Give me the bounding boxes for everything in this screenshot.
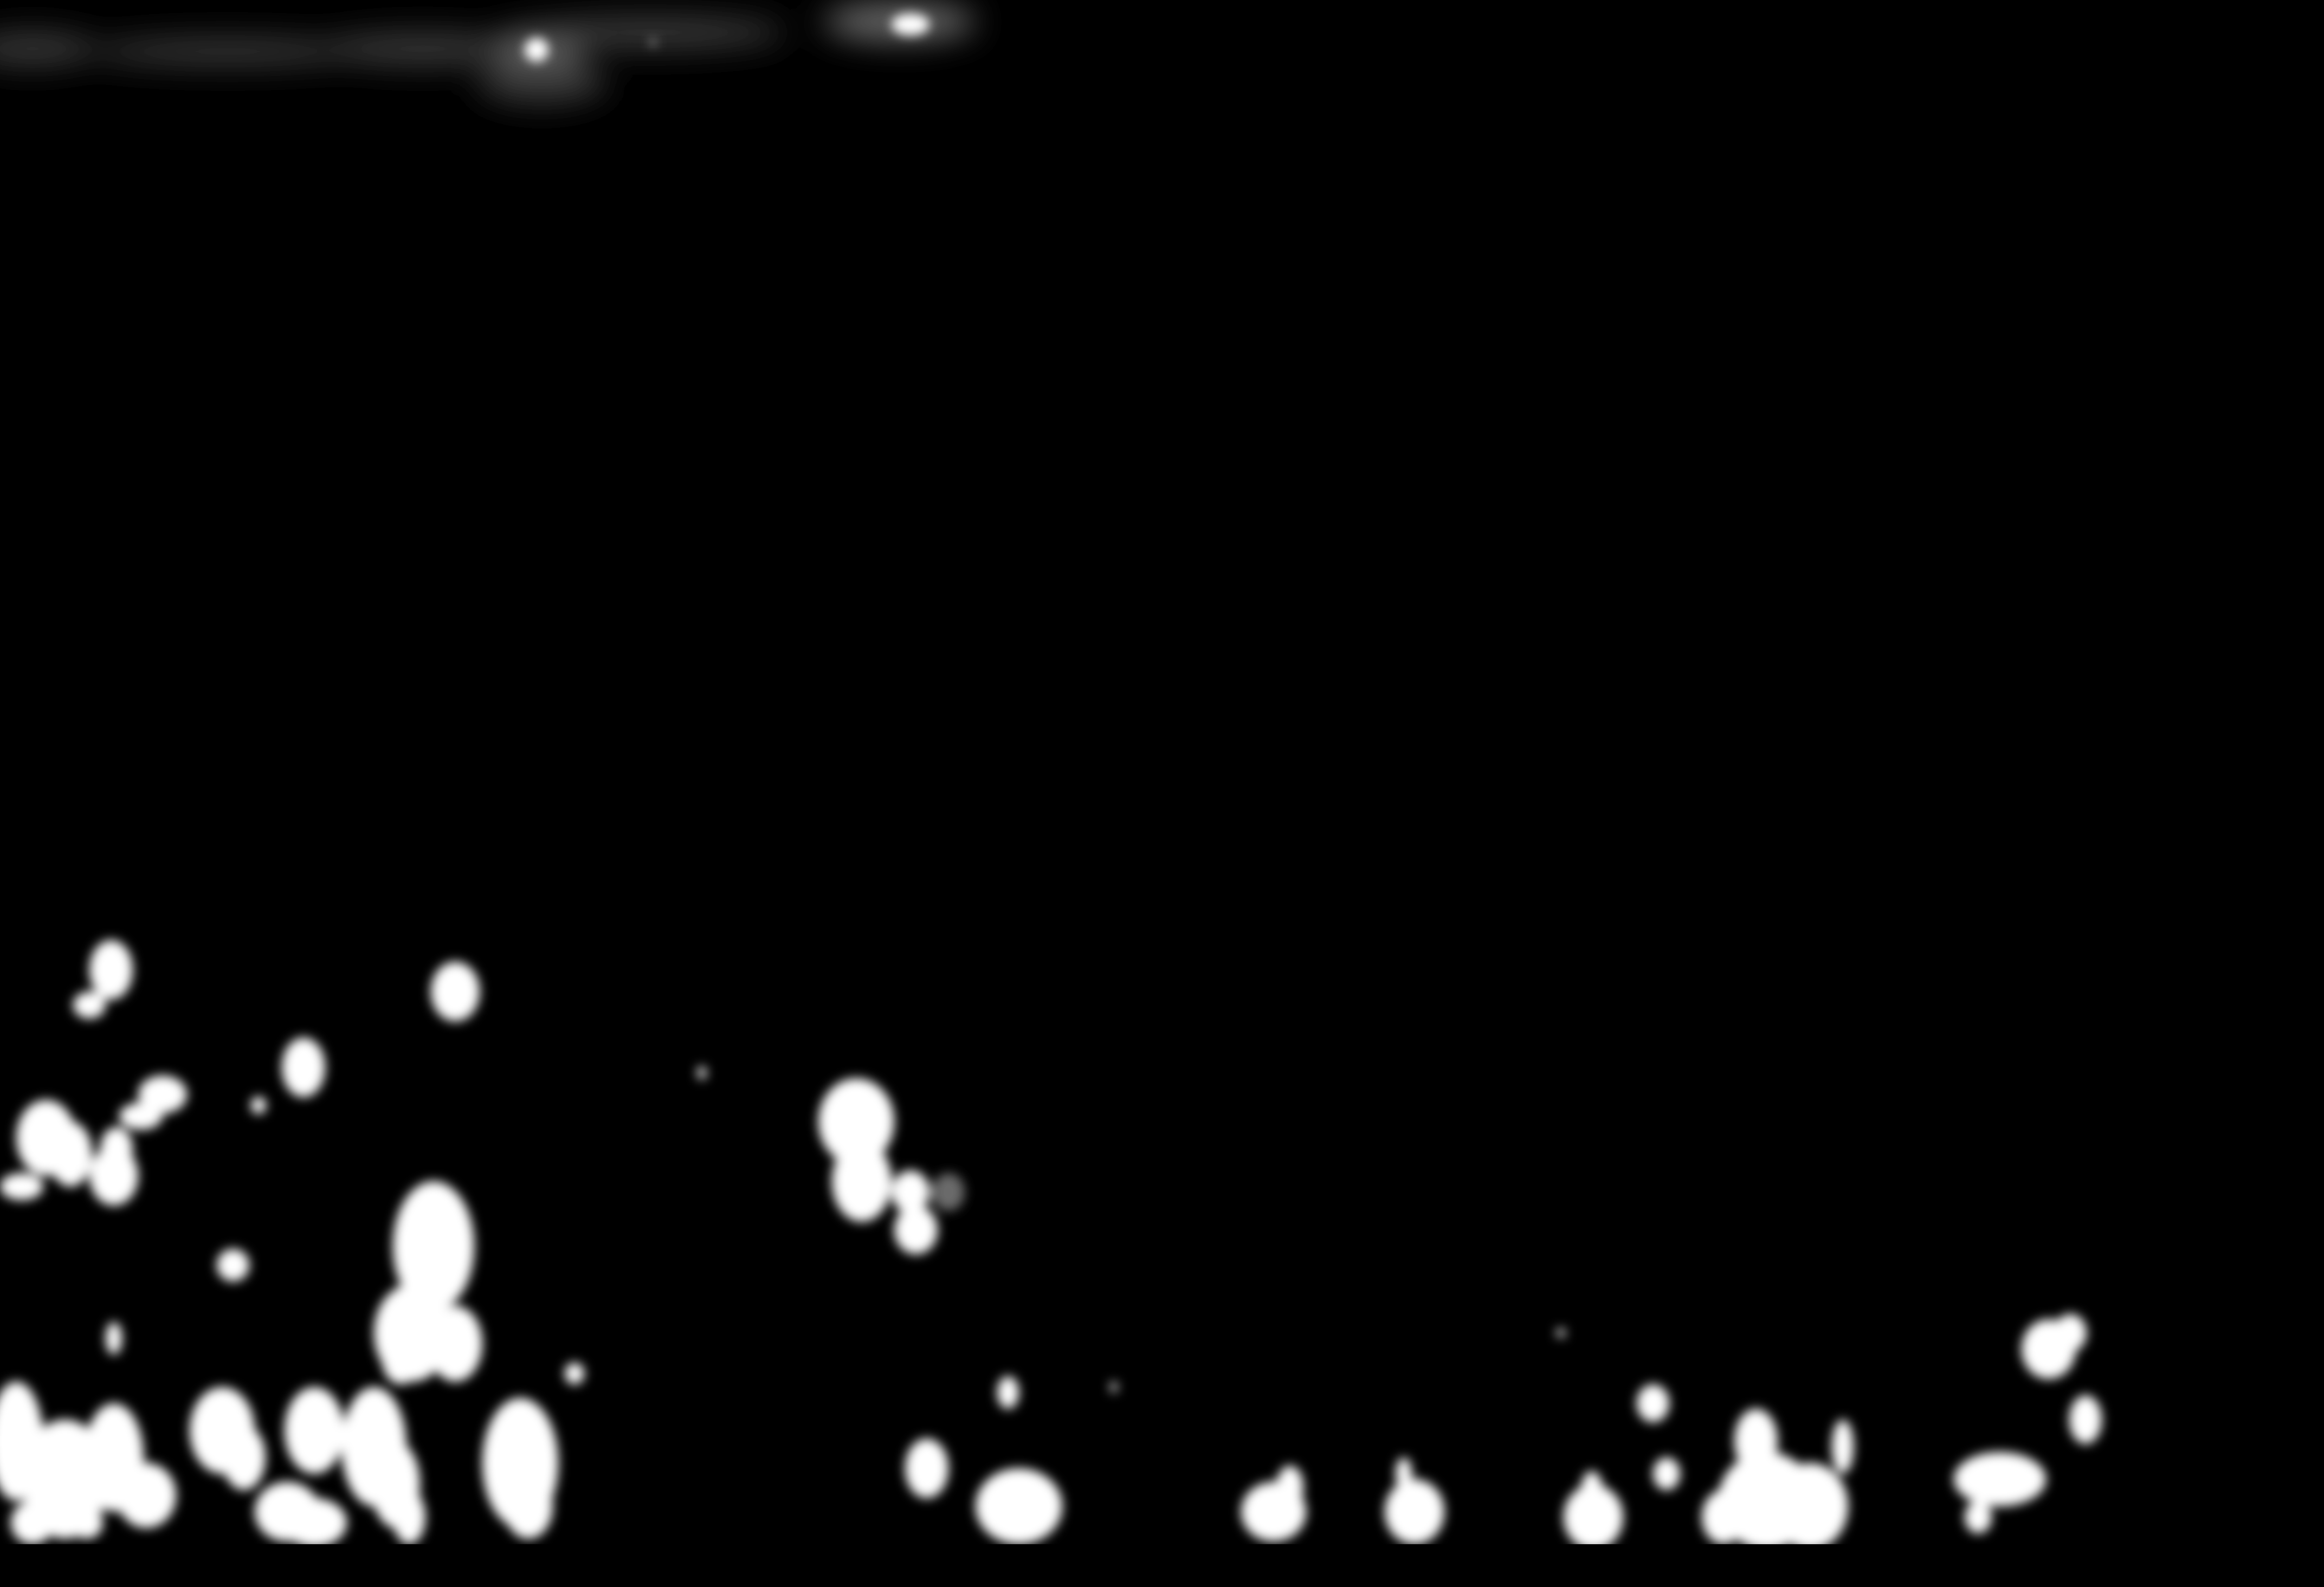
white-blob <box>393 1490 425 1544</box>
white-blob <box>106 1322 122 1355</box>
mask-image <box>0 0 2324 1587</box>
white-blob <box>282 1498 347 1547</box>
white-blob <box>1637 1384 1669 1422</box>
white-blob <box>1581 1471 1603 1509</box>
white-blob <box>2054 1314 2087 1352</box>
white-blob <box>1832 1420 1854 1474</box>
white-blob <box>117 1463 176 1528</box>
white-blob <box>698 1066 706 1079</box>
white-blob <box>1965 1501 1992 1533</box>
white-blob <box>1557 1329 1565 1337</box>
white-blob <box>1702 1490 1745 1544</box>
white-blob <box>2069 1395 2102 1444</box>
white-blob <box>894 1206 938 1254</box>
white-blob <box>1772 1463 1848 1550</box>
haze-spot <box>477 60 607 103</box>
white-blob <box>1111 1382 1117 1392</box>
haze-spot <box>314 33 531 65</box>
white-blob <box>0 1173 43 1200</box>
white-blob <box>905 1439 948 1498</box>
white-blob <box>932 1173 965 1211</box>
white-blob <box>892 14 929 35</box>
white-blob <box>1396 1458 1412 1490</box>
white-blob <box>832 1141 892 1222</box>
background <box>0 0 2324 1587</box>
white-blob <box>11 1501 54 1544</box>
bottom-band <box>0 1544 2324 1587</box>
white-blob <box>1954 1452 2046 1506</box>
white-blob <box>89 940 133 1000</box>
white-blob <box>1385 1479 1444 1544</box>
white-blob <box>285 1387 344 1474</box>
white-blob <box>431 962 480 1021</box>
white-blob <box>282 1038 325 1097</box>
white-blob <box>1276 1466 1303 1509</box>
haze-spot <box>515 16 786 49</box>
white-blob <box>565 1363 584 1384</box>
white-blob <box>70 1506 103 1539</box>
white-blob <box>1653 1458 1680 1490</box>
white-blob <box>504 1474 553 1539</box>
white-blob <box>100 1127 133 1170</box>
white-blob <box>382 1336 420 1384</box>
white-blob <box>651 39 655 46</box>
white-blob <box>49 1122 92 1187</box>
white-blob <box>222 1425 266 1490</box>
white-blob <box>1734 1409 1778 1474</box>
white-blob <box>217 1249 249 1281</box>
white-blob <box>73 992 106 1019</box>
white-blob <box>428 1306 482 1382</box>
white-blob <box>251 1097 266 1114</box>
white-blob <box>997 1376 1019 1409</box>
white-blob <box>976 1468 1062 1544</box>
white-blob <box>525 38 548 62</box>
white-blob <box>119 1103 163 1130</box>
